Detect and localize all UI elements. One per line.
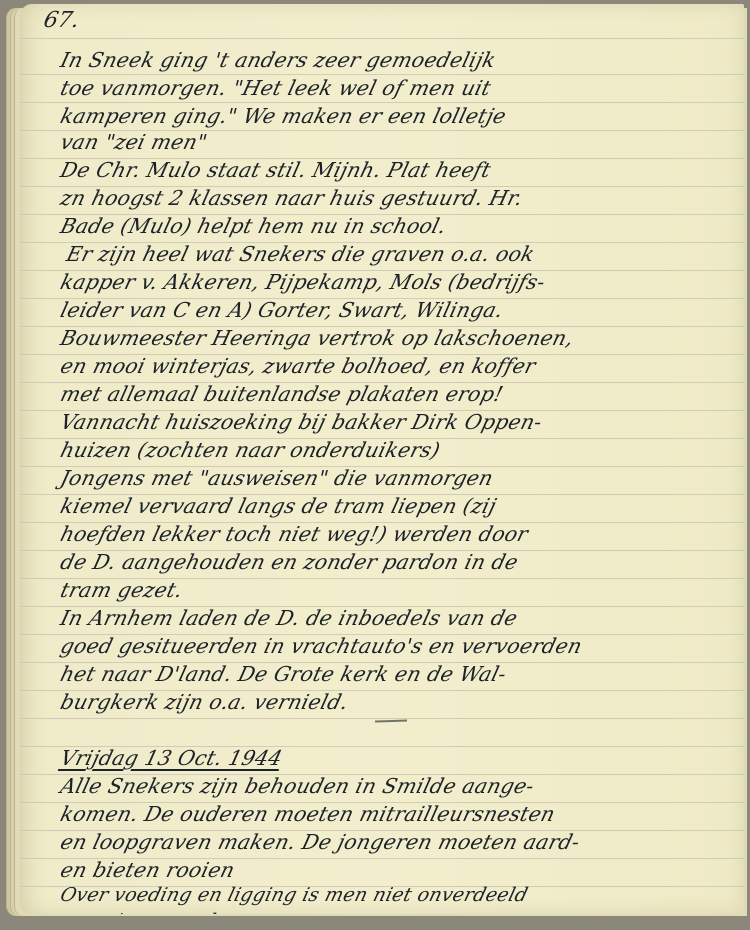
handwritten-line: Jongens met "ausweisen" die vanmorgen xyxy=(58,466,496,490)
handwritten-line: Over voeding en ligging is men niet onve… xyxy=(58,884,530,906)
handwritten-line: toe vanmorgen. "Het leek wel of men uit xyxy=(58,76,494,100)
handwritten-line: en mooi winterjas, zwarte bolhoed, en ko… xyxy=(58,354,538,378)
handwritten-line: hoefden lekker toch niet weg!) werden do… xyxy=(58,522,531,546)
handwritten-line: komen. De ouderen moeten mitrailleursnes… xyxy=(58,802,558,826)
handwritten-line: Alle Snekers zijn behouden in Smilde aan… xyxy=(58,774,537,798)
handwritten-line: kiemel vervaard langs de tram liepen (zi… xyxy=(58,494,499,518)
entry-separator xyxy=(375,719,407,722)
handwritten-line: Vannacht huiszoeking bij bakker Dirk Opp… xyxy=(58,410,545,434)
handwritten-line: Bade (Mulo) helpt hem nu in school. xyxy=(58,214,449,238)
ruled-line xyxy=(20,102,744,103)
handwritten-line: Er zijn heel wat Snekers die graven o.a.… xyxy=(64,242,537,266)
handwritten-line: In Sneek ging 't anders zeer gemoedelijk xyxy=(58,48,498,72)
handwritten-line: het naar D'land. De Grote kerk en de Wal… xyxy=(58,662,509,686)
handwritten-line: van "zei men" xyxy=(58,130,210,154)
handwritten-line: en loopgraven maken. De jongeren moeten … xyxy=(58,830,582,854)
handwritten-line: burgkerk zijn o.a. vernield. xyxy=(58,690,351,714)
handwritten-line: In Arnhem laden de D. de inboedels van d… xyxy=(58,606,520,630)
ruled-line xyxy=(20,38,744,39)
diary-page: 67. In Sneek ging 't anders zeer gemoede… xyxy=(20,4,744,914)
handwritten-line: tram gezet. xyxy=(58,578,185,602)
entry-date-heading: Vrijdag 13 Oct. 1944 xyxy=(58,746,285,770)
handwritten-line: kapper v. Akkeren, Pijpekamp, Mols (bedr… xyxy=(58,270,548,294)
handwritten-line: de D. aangehouden en zonder pardon in de xyxy=(58,550,521,574)
notebook-scan: 67. In Sneek ging 't anders zeer gemoede… xyxy=(0,0,750,930)
handwritten-line: en bieten rooien xyxy=(58,858,237,882)
handwritten-line: leider van C en A) Gorter, Swart, Wiling… xyxy=(58,298,506,322)
handwritten-line: gunstig te spreken. xyxy=(58,910,254,914)
handwritten-line: huizen (zochten naar onderduikers) xyxy=(58,438,443,462)
handwritten-line: goed gesitueerden in vrachtauto's en ver… xyxy=(58,634,585,658)
handwritten-line: Bouwmeester Heeringa vertrok op lakschoe… xyxy=(58,326,576,350)
ruled-line xyxy=(20,718,744,719)
handwritten-line: met allemaal buitenlandse plakaten erop! xyxy=(58,382,506,406)
page-number: 67. xyxy=(41,8,81,33)
ruled-line xyxy=(20,74,744,75)
handwritten-line: kamperen ging." We maken er een lolletje xyxy=(58,104,509,128)
handwritten-line: De Chr. Mulo staat stil. Mijnh. Plat hee… xyxy=(58,158,493,182)
handwritten-line: zn hoogst 2 klassen naar huis gestuurd. … xyxy=(58,186,525,210)
